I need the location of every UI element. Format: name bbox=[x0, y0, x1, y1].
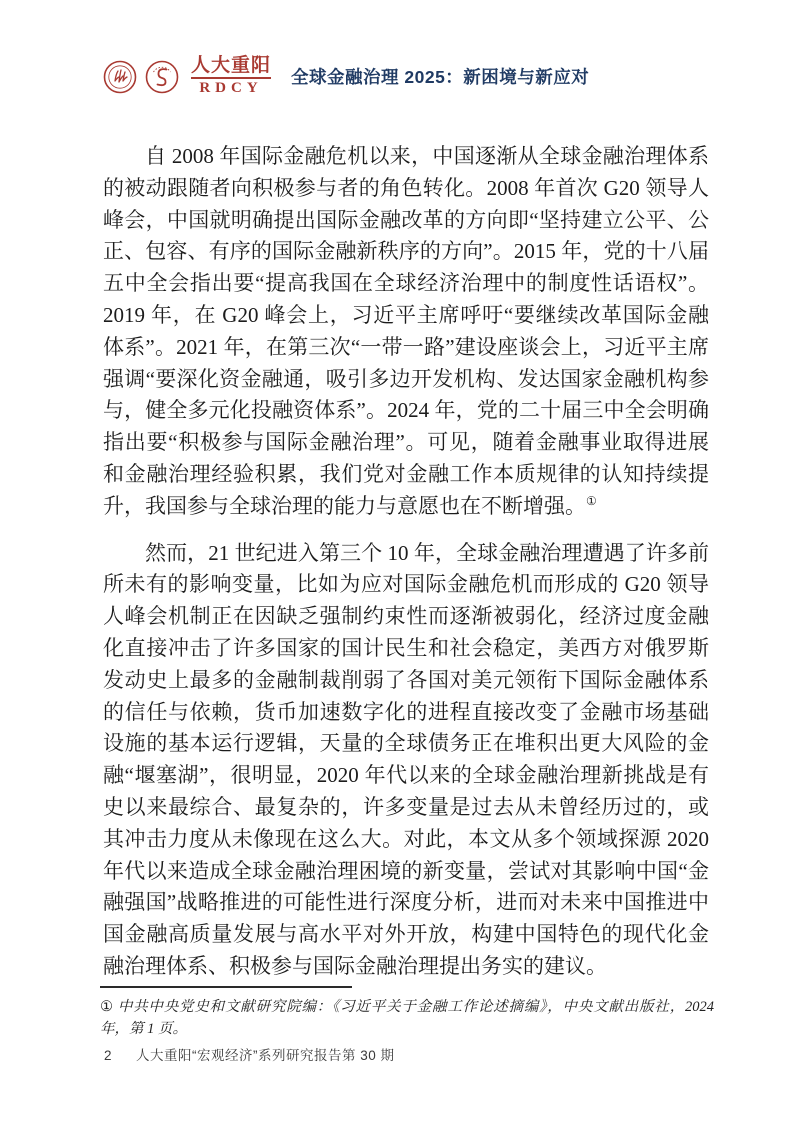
paragraph-2-text: 然而，21 世纪进入第三个 10 年，全球金融治理遭遇了许多前所未有的影响变量，… bbox=[103, 541, 709, 978]
footer-series-title: 人大重阳“宏观经济”系列研究报告第 30 期 bbox=[136, 1044, 395, 1064]
paragraph-2: 然而，21 世纪进入第三个 10 年，全球金融治理遭遇了许多前所未有的影响变量，… bbox=[103, 538, 709, 983]
paragraph-1-text: 自 2008 年国际金融危机以来，中国逐渐从全球金融治理体系的被动跟随者向积极参… bbox=[103, 144, 709, 518]
footnote-divider bbox=[100, 986, 352, 988]
footnote: ①中共中央党史和文献研究院编：《习近平关于金融工作论述摘编》，中央文献出版社，2… bbox=[100, 996, 714, 1040]
footnote-text: 中共中央党史和文献研究院编：《习近平关于金融工作论述摘编》，中央文献出版社，20… bbox=[100, 999, 714, 1037]
page-number: 2 bbox=[104, 1048, 136, 1063]
brand-name-en: RDCY bbox=[191, 77, 271, 97]
page-header: 人大重阳 RDCY 全球金融治理 2025：新困境与新应对 bbox=[103, 56, 589, 97]
rdcy-swirl-seal-icon bbox=[145, 60, 179, 94]
brand-wordmark: 人大重阳 RDCY bbox=[191, 56, 271, 97]
paragraph-1: 自 2008 年国际金融危机以来，中国逐渐从全球金融治理体系的被动跟随者向积极参… bbox=[103, 141, 709, 523]
document-page: 人大重阳 RDCY 全球金融治理 2025：新困境与新应对 自 2008 年国际… bbox=[0, 0, 799, 1122]
page-footer: 2 人大重阳“宏观经济”系列研究报告第 30 期 bbox=[104, 1044, 395, 1064]
footnote-reference: ① bbox=[586, 494, 597, 508]
footnote-marker: ① bbox=[100, 999, 114, 1015]
ruc-emblem-seal-icon bbox=[103, 60, 137, 94]
body-content: 自 2008 年国际金融危机以来，中国逐渐从全球金融治理体系的被动跟随者向积极参… bbox=[103, 141, 709, 983]
brand-name-cn: 人大重阳 bbox=[191, 56, 271, 76]
report-title: 全球金融治理 2025：新困境与新应对 bbox=[291, 64, 589, 89]
